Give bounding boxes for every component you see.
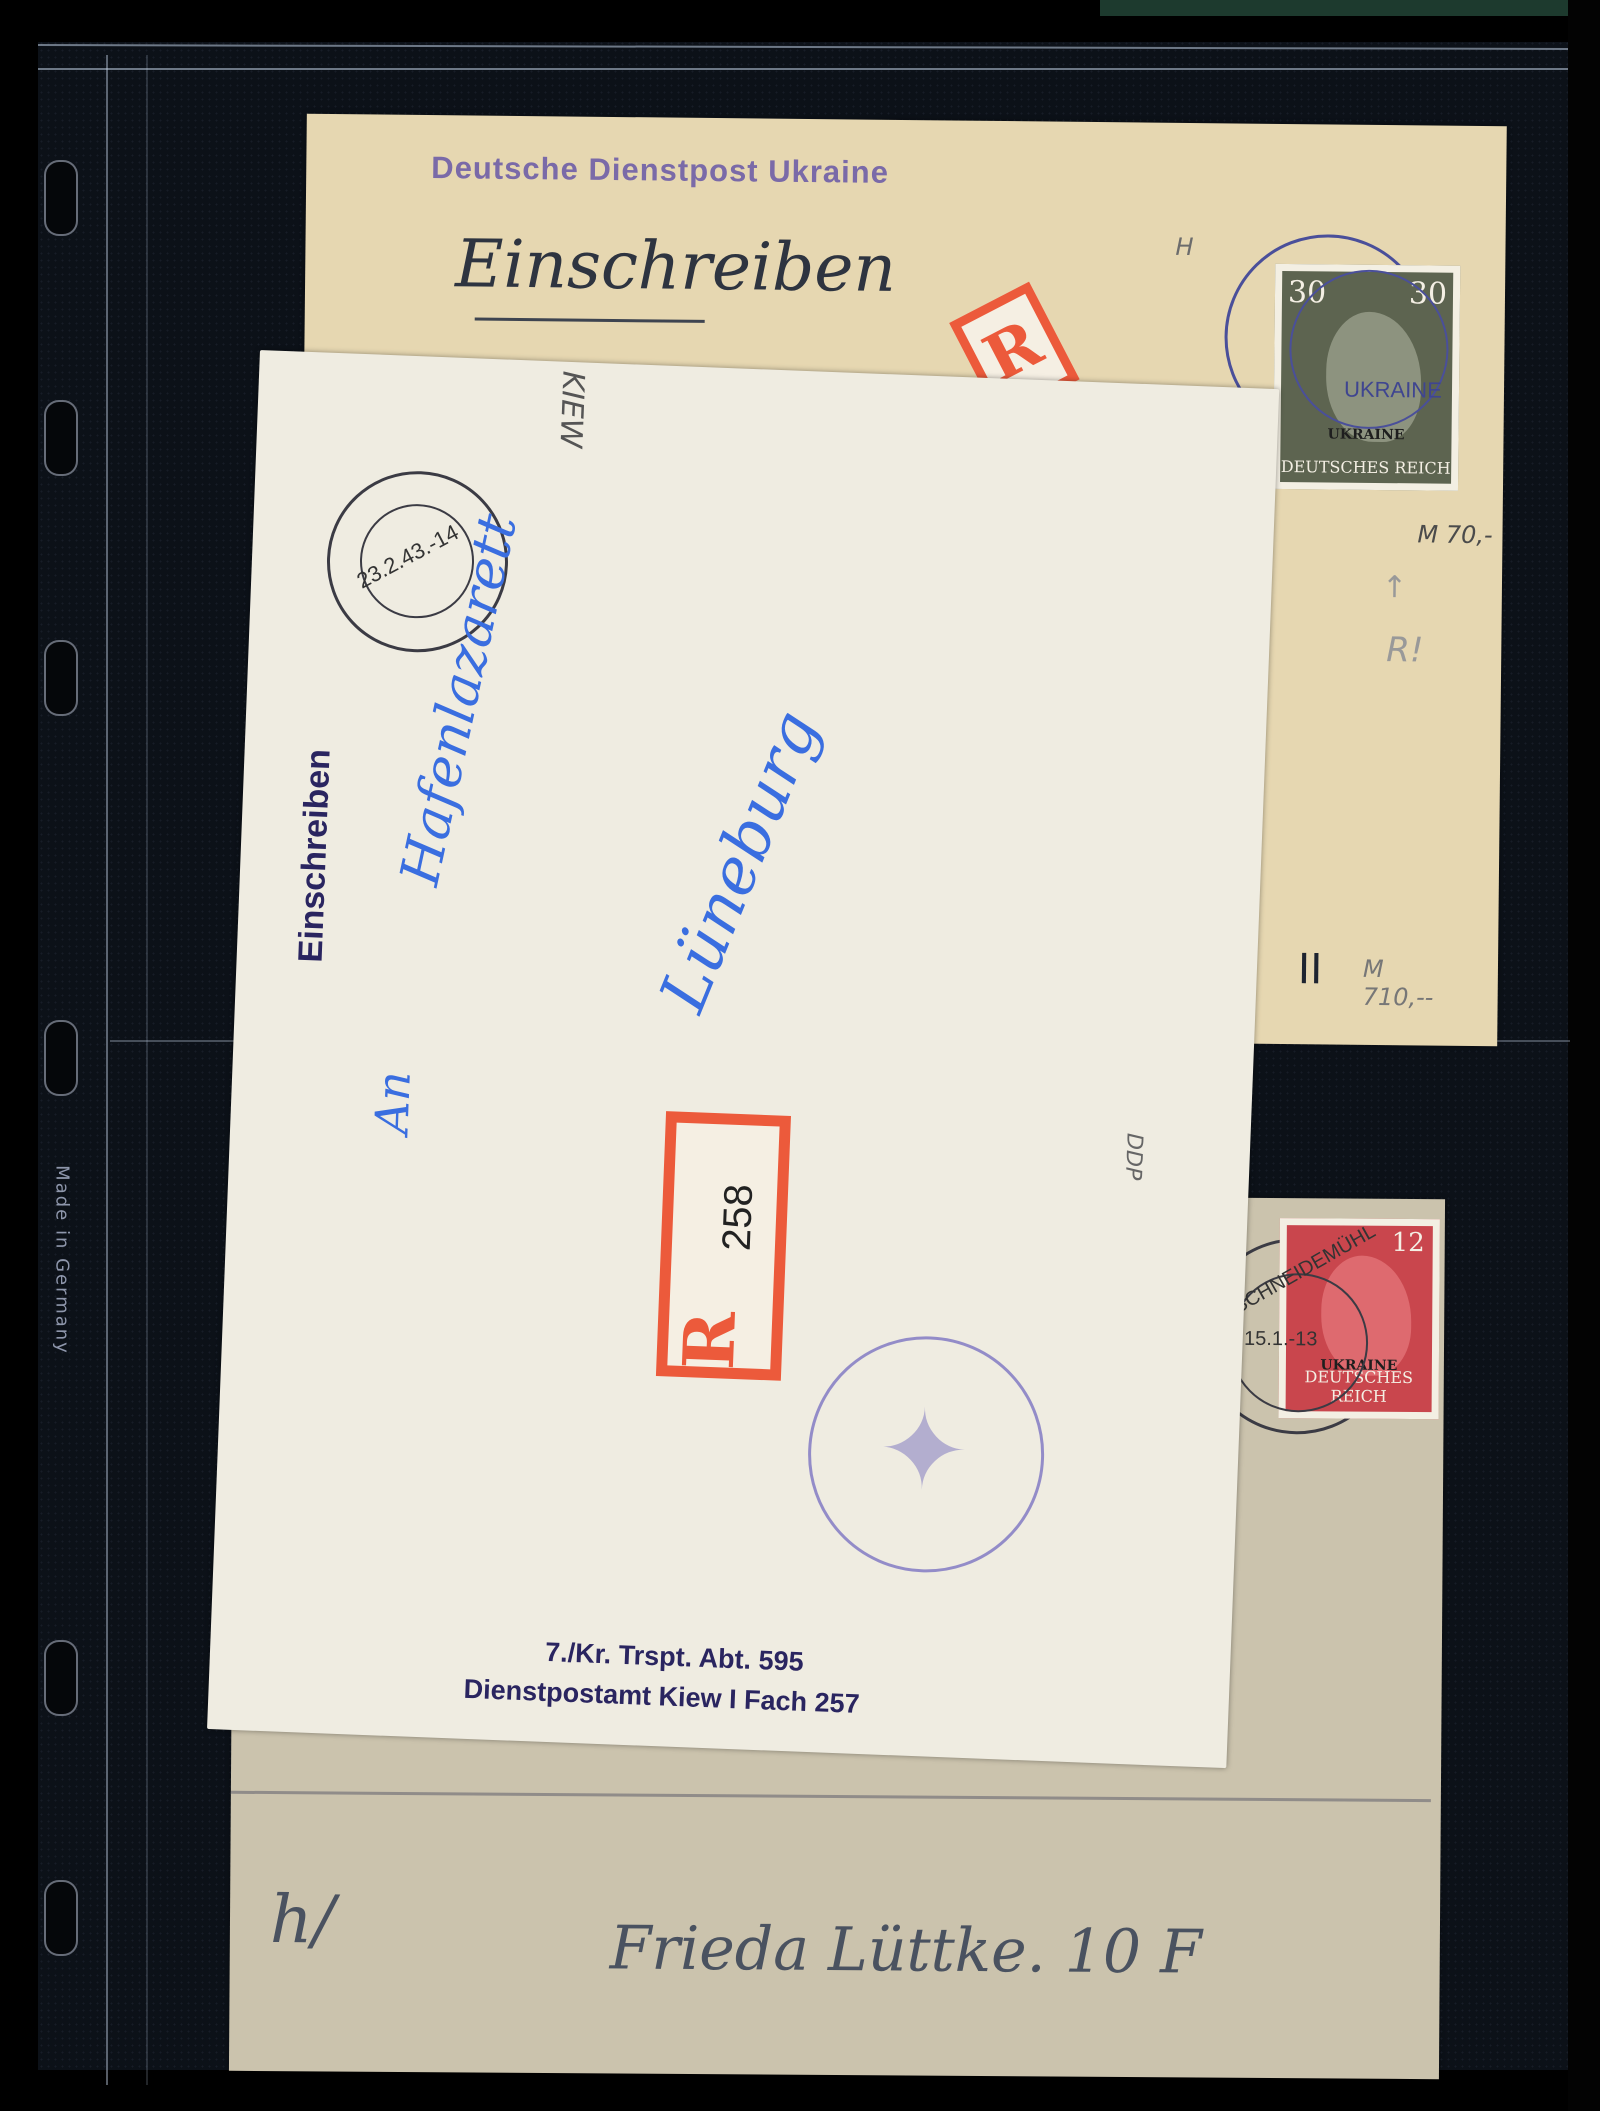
registration-number: 258 <box>715 1183 763 1251</box>
address-an: An <box>364 1070 420 1135</box>
roman-numeral: II <box>1298 944 1323 994</box>
sleeve-seam <box>38 68 1568 70</box>
postmark-inner <box>1289 269 1450 430</box>
address-line-2: Lüneburg <box>646 701 834 1022</box>
postmark-text: UKRAINE <box>1344 377 1442 404</box>
sender-stamp-line-1: 7./Kr. Trspt. Abt. 595 <box>545 1637 805 1678</box>
pencil-mark: H <box>1175 233 1193 261</box>
handwritten-address: Frieda Lüttke. 10 F <box>610 1913 1203 1987</box>
cover-middle: KIEW 23.2.43.-14 Einschreiben An Hafenla… <box>207 350 1279 1768</box>
fold-line <box>231 1791 1431 1802</box>
pencil-kiew: KIEW <box>553 370 591 448</box>
pencil-ddp: DDP <box>1120 1133 1147 1181</box>
registration-label: R 258 <box>656 1111 791 1381</box>
postmark-date: 15.1.-13 <box>1244 1328 1318 1352</box>
album-binding-tab <box>1100 0 1570 16</box>
eagle-icon: ✦ <box>855 1374 991 1529</box>
note-r: R! <box>1386 630 1424 670</box>
price-note-2: M 710,-- <box>1363 955 1454 1012</box>
sleeve-weld-line <box>106 55 108 2085</box>
cachet-dienstpost-ukraine: Deutsche Dienstpost Ukraine <box>431 150 889 191</box>
stamp-denomination: 12 <box>1392 1228 1425 1258</box>
sleeve-weld-line <box>146 55 148 2085</box>
binder-hole <box>44 1640 78 1716</box>
binder-hole <box>44 160 78 236</box>
sender-stamp-line-2: Dienstpostamt Kiew I Fach 257 <box>463 1674 860 1720</box>
stamp-country: DEUTSCHES REICH <box>1280 457 1451 478</box>
binder-hole <box>44 1880 78 1956</box>
album-imprint: Made in Germany <box>52 1165 73 1355</box>
einschreiben-printed: Einschreiben <box>292 748 339 963</box>
binder-hole <box>44 400 78 476</box>
scan-border-right <box>1568 0 1600 2111</box>
arrow-note: ↑ <box>1382 570 1408 605</box>
scan-border-left <box>0 0 38 2111</box>
underline <box>475 318 705 323</box>
handwritten-initial: h/ <box>270 1881 335 1958</box>
handwritten-einschreiben: Einschreiben <box>455 225 896 307</box>
price-note: M 70,- <box>1417 520 1492 549</box>
binder-hole <box>44 640 78 716</box>
binder-hole <box>44 1020 78 1096</box>
registration-letter: R <box>667 1310 752 1371</box>
